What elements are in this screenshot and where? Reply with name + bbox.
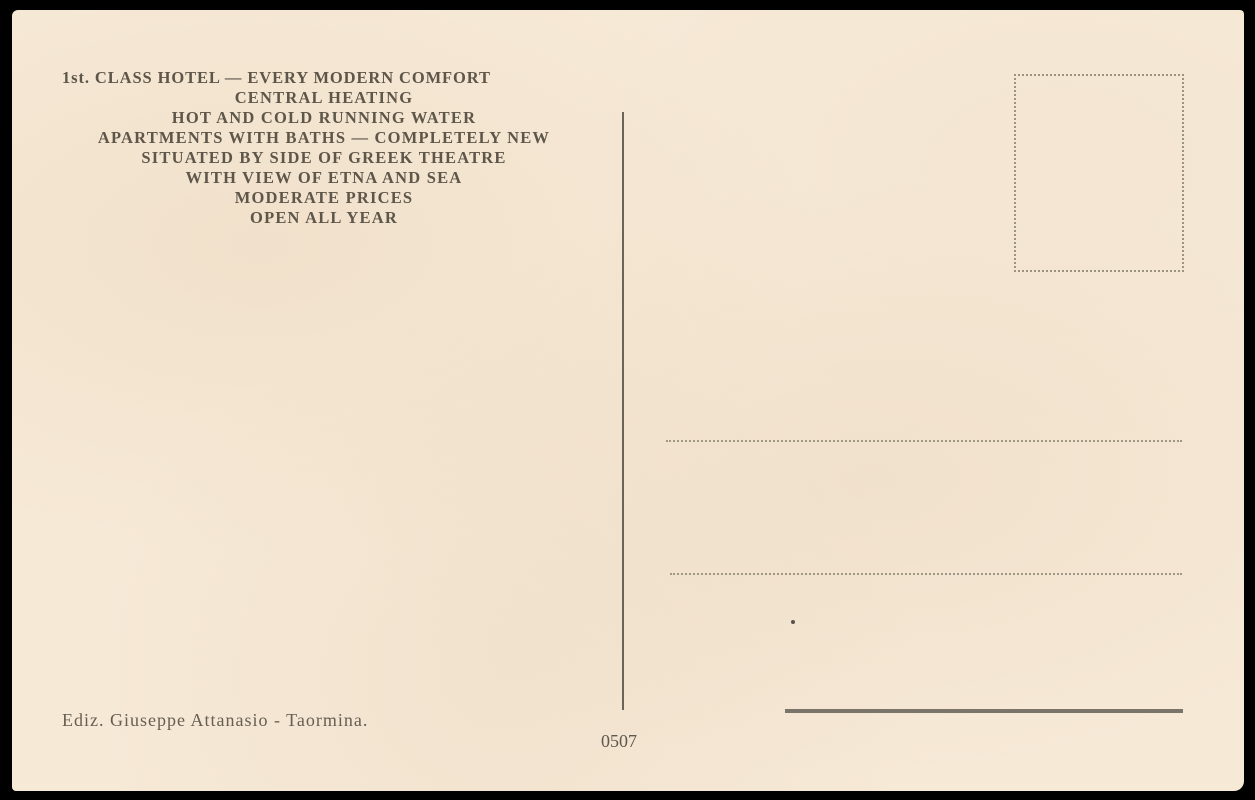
hotel-description-line: MODERATE PRICES (62, 188, 586, 208)
hotel-description-line: HOT AND COLD RUNNING WATER (62, 108, 586, 128)
hotel-description-line: CENTRAL HEATING (62, 88, 586, 108)
center-divider-line (622, 112, 624, 710)
hotel-description-line: OPEN ALL YEAR (62, 208, 586, 228)
paper-speck (791, 620, 795, 624)
postcard-back: 1st. CLASS HOTEL — EVERY MODERN COMFORT … (12, 10, 1244, 791)
address-line-2 (670, 573, 1182, 575)
serial-number: 0507 (601, 731, 637, 752)
address-line-3 (785, 709, 1183, 713)
stamp-placement-box (1014, 74, 1184, 272)
hotel-description-line: WITH VIEW OF ETNA AND SEA (62, 168, 586, 188)
address-line-1 (666, 440, 1182, 442)
hotel-description: 1st. CLASS HOTEL — EVERY MODERN COMFORT … (62, 68, 586, 228)
hotel-description-line: 1st. CLASS HOTEL — EVERY MODERN COMFORT (62, 68, 586, 88)
publisher-credit: Ediz. Giuseppe Attanasio - Taormina. (62, 710, 368, 731)
hotel-description-line: SITUATED BY SIDE OF GREEK THEATRE (62, 148, 586, 168)
hotel-description-line: APARTMENTS WITH BATHS — COMPLETELY NEW (62, 128, 586, 148)
